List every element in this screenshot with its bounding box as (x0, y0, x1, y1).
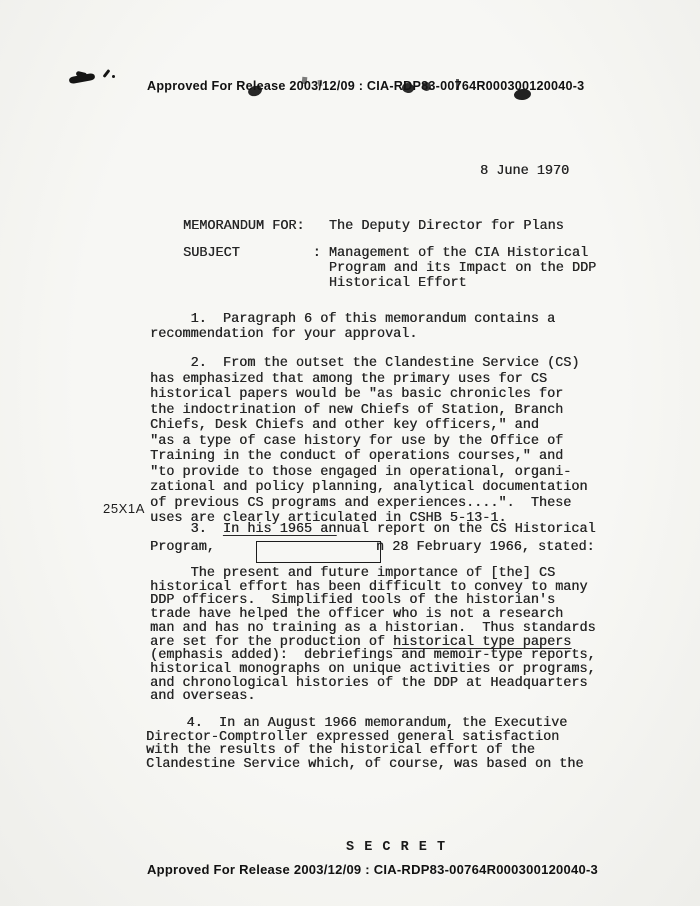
body-line: historical papers would be "as basic chr… (150, 387, 587, 403)
body-line: 4. In an August 1966 memorandum, the Exe… (146, 717, 583, 731)
body-line: Clandestine Service which, of course, wa… (146, 758, 583, 772)
body-line: with the results of the historical effor… (146, 744, 583, 758)
quoted-block: The present and future importance of [th… (150, 567, 596, 704)
body-text: n 28 February 1966, stated: (376, 540, 595, 555)
memo-for-line: MEMORANDUM FOR: The Deputy Director for … (183, 219, 564, 234)
paragraph-4: 4. In an August 1966 memorandum, the Exe… (146, 717, 583, 772)
subject-line: Historical Effort (183, 276, 596, 291)
body-line: "as a type of case history for use by th… (150, 434, 587, 450)
quote-line: historical effort has been difficult to … (150, 581, 596, 595)
overprint-mark (302, 77, 308, 84)
classification-marking: S E C R E T (346, 840, 446, 855)
body-line: has emphasized that among the primary us… (150, 372, 587, 388)
overprint-mark (422, 82, 431, 91)
body-text: 3. (150, 522, 223, 537)
quote-line: DDP officers. Simplified tools of the hi… (150, 594, 596, 608)
quote-line: trade have helped the officer who is not… (150, 608, 596, 622)
body-line: 2. From the outset the Clandestine Servi… (150, 356, 587, 372)
subject-line: Program and its Impact on the DDP (183, 261, 596, 276)
body-line: Training in the conduct of operations co… (150, 449, 587, 465)
quote-line: and chronological histories of the DDP a… (150, 677, 596, 691)
body-line: "to provide to those engaged in operatio… (150, 465, 587, 481)
paragraph-2: 2. From the outset the Clandestine Servi… (150, 356, 587, 527)
document-page: Approved For Release 2003/12/09 : CIA-RD… (0, 0, 700, 906)
subject-line: SUBJECT : Management of the CIA Historic… (183, 246, 596, 261)
body-line: Chiefs, Desk Chiefs and other key office… (150, 418, 587, 434)
quote-line: man and has no training as a historian. … (150, 622, 596, 636)
subject-block: SUBJECT : Management of the CIA Historic… (183, 246, 596, 291)
quote-line: are set for the production of historical… (150, 636, 596, 650)
document-date: 8 June 1970 (480, 164, 569, 179)
overprint-mark (513, 88, 531, 101)
quote-line: and overseas. (150, 690, 596, 704)
overprint-mark (456, 79, 459, 90)
margin-note-25x1a: 25X1A (103, 501, 145, 516)
ink-mark (112, 75, 115, 78)
body-line: of previous CS programs and experiences.… (150, 496, 587, 512)
quote-line: (emphasis added): debriefings and memoir… (150, 649, 596, 663)
body-line: recommendation for your approval. (150, 327, 555, 342)
body-line: zational and policy planning, analytical… (150, 480, 587, 496)
body-text: Program, (150, 540, 223, 555)
body-text: nual report on the CS Historical (336, 522, 595, 537)
body-line: 3. In his 1965 annual report on the CS H… (150, 521, 596, 539)
underlined-text: In his 1965 an (223, 522, 336, 537)
scan-noise (0, 0, 2, 2)
redaction-box (256, 541, 381, 563)
quote-line: historical monographs on unique activiti… (150, 663, 596, 677)
body-line: 1. Paragraph 6 of this memorandum contai… (150, 312, 555, 327)
footer-release-stamp: Approved For Release 2003/12/09 : CIA-RD… (147, 862, 598, 877)
body-line: Director-Comptroller expressed general s… (146, 731, 583, 745)
body-line: the indoctrination of new Chiefs of Stat… (150, 403, 587, 419)
quote-line: The present and future importance of [th… (150, 567, 596, 581)
ink-mark (103, 69, 111, 78)
paragraph-1: 1. Paragraph 6 of this memorandum contai… (150, 312, 555, 342)
overprint-mark (318, 80, 323, 86)
